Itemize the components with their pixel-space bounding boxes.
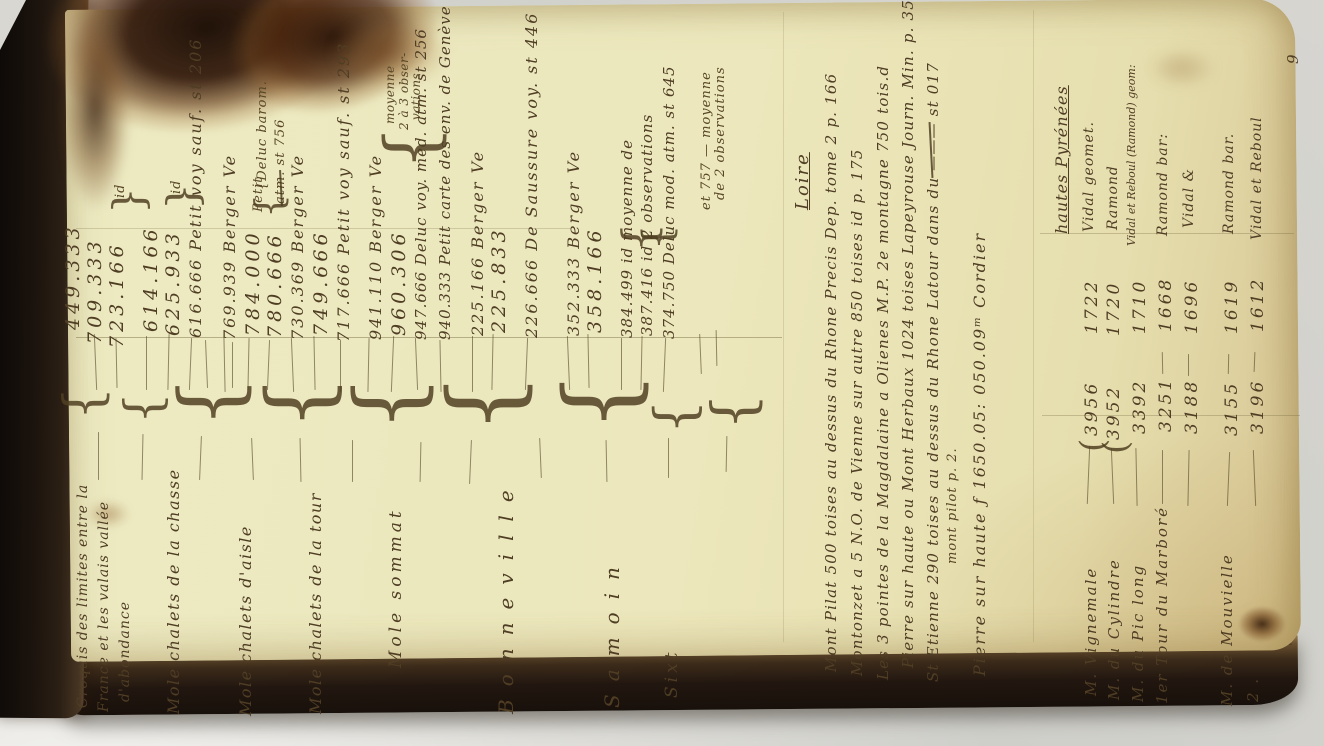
measurement-line: 374.750 Deluc mod. atm. st 645 <box>662 65 677 339</box>
altitude-value: 1710 <box>1132 279 1149 334</box>
place-label: Bonneville <box>496 477 516 714</box>
measurement-line: 226.666 De Saussure voy. st 446 <box>524 12 540 338</box>
annotation: moyenne <box>384 65 396 124</box>
mountain-name: M. Vignemale <box>1084 567 1099 696</box>
citation-note: {Deluc barom. <box>256 80 269 190</box>
mountain-name: M. de Mouvielle <box>1220 553 1235 706</box>
hand-drawn-brace: { <box>250 194 288 218</box>
note-line: Mont Pilat 500 toises au dessus du Rhone… <box>824 73 839 672</box>
hand-drawn-brace: { <box>58 387 110 420</box>
mountain-name: 1er Tour du Marboré <box>1155 506 1170 704</box>
altitude-value: 1696 <box>1184 279 1201 334</box>
measurement-line: 941.110 Berger Ve <box>368 154 384 340</box>
place-label: Mole sommat <box>388 507 405 668</box>
place-label: Mole chalets de la tour <box>308 492 324 714</box>
source-attribution: Vidal et Reboul (Ramond) geom: <box>1126 64 1137 246</box>
measurement-value: 723.166 <box>108 241 127 348</box>
place-label: France et les valais vallée <box>97 501 111 712</box>
source-attribution: Ramond bar: <box>1156 133 1170 236</box>
altitude-value: 3952 <box>1106 385 1123 440</box>
source-attribution: Vidal & <box>1182 168 1196 228</box>
hand-drawn-brace: { <box>376 125 446 170</box>
source-attribution: Vidal geomet. <box>1082 121 1096 232</box>
note-line: Montonzet a 5 N.O. de Vienne sur autre 8… <box>850 149 865 677</box>
measurement-line: 769.939 Berger Ve <box>222 154 238 340</box>
altitude-value: 3155 <box>1224 381 1241 436</box>
source-attribution: Vidal et Reboul <box>1250 116 1264 240</box>
note-line: St Etienne 290 toises au dessus du Rhone… <box>926 62 941 682</box>
hand-drawn-brace: { <box>436 373 532 434</box>
note-line: Pierre sur haute ou Mont Herbaux 1024 to… <box>901 0 916 668</box>
hand-drawn-brace: { <box>170 376 252 428</box>
altitude-value: 1720 <box>1106 281 1123 336</box>
place-label: Samoin <box>602 554 622 708</box>
hand-drawn-brace: ( <box>1099 441 1133 454</box>
hand-drawn-brace: { <box>256 375 342 430</box>
altitude-value: 3251 <box>1158 377 1175 432</box>
altitude-value: 1722 <box>1084 279 1101 334</box>
hand-drawn-brace: { <box>704 393 762 430</box>
hand-drawn-brace: } <box>162 183 204 210</box>
hand-drawn-brace: { <box>118 392 168 424</box>
hand-drawn-brace: { <box>344 375 434 432</box>
annotation: et 757 — moyenne <box>700 71 713 210</box>
note-line: Les 3 pointes de la Magdalaine a Olienes… <box>876 65 891 680</box>
annotation: de 2 observations <box>714 66 727 200</box>
hand-drawn-brace: { <box>648 400 702 434</box>
measurement-line: 352.333 Berger Ve <box>566 150 582 336</box>
place-label: d'abondance <box>118 601 132 702</box>
measurement-value: 225.833 <box>490 226 509 333</box>
mountain-name: M. du Pic long <box>1131 564 1146 702</box>
place-label: Sixt <box>664 648 681 698</box>
altitude-value: 3196 <box>1250 379 1267 434</box>
hand-drawn-brace: { <box>638 225 678 250</box>
measurement-value: 449.333 <box>64 223 83 330</box>
measurement-value: 749.666 <box>312 229 331 336</box>
measurement-line: 717.666 Petit voy sauf. st 293 <box>336 42 352 342</box>
note-line: mont pilot p. 2. <box>946 447 959 564</box>
section-heading-pyrenees: hautes Pyrénées <box>1054 85 1070 234</box>
altitude-value: 1612 <box>1250 277 1267 332</box>
measurement-value: 960.306 <box>390 229 409 336</box>
source-attribution: Ramond bar. <box>1222 133 1236 234</box>
measurement-value: 358.166 <box>586 226 605 333</box>
mountain-name: M. du Cylindre <box>1107 558 1122 700</box>
photo-of-manuscript-notebook: 449.333 709.333 723.166 id 614.166 625.9… <box>0 0 1324 746</box>
place-label: Mole chalets de la chasse <box>166 468 182 714</box>
altitude-value: 3392 <box>1132 379 1149 434</box>
section-heading-loire: Loire <box>794 152 812 210</box>
measurement-value: 625.933 <box>164 229 183 336</box>
column-rule <box>1033 10 1034 642</box>
measurement-line: 730.369 Berger Ve <box>290 154 306 340</box>
altitude-value: 1668 <box>1158 277 1175 332</box>
altitude-value: 3956 <box>1084 381 1101 436</box>
page-number: 9 <box>1286 54 1301 64</box>
paper-smudge <box>1146 48 1216 88</box>
altitude-value: 1619 <box>1224 279 1241 334</box>
measurement-line: 940.333 Petit carte des env. de Genève <box>438 5 453 340</box>
measurement-line: 225.166 Berger Ve <box>470 150 486 336</box>
place-label: Mole chalets d'aisle <box>238 525 254 716</box>
mountain-name: 2 . <box>1246 677 1261 702</box>
altitude-value: 3188 <box>1184 379 1201 434</box>
burn-stain <box>60 10 130 210</box>
place-label: Croquis des limites entre la <box>76 484 90 708</box>
measurement-value: 780.666 <box>266 231 285 338</box>
measurement-value: 614.166 <box>142 225 161 332</box>
note-line: Pierre sur haute ƒ 1650.05: 050.09ᵐ Cord… <box>972 232 988 676</box>
source-attribution: Ramond <box>1106 165 1120 230</box>
measurement-value: 784.000 <box>244 229 263 336</box>
hand-drawn-brace: { <box>552 371 648 432</box>
measurement-value: 709.333 <box>86 237 105 344</box>
ink-blot <box>1238 606 1286 642</box>
measurement-line: 947.666 Deluc voy. med. atm. st 256 <box>414 28 429 340</box>
hand-drawn-brace: } <box>108 187 150 214</box>
column-rule <box>783 12 784 642</box>
